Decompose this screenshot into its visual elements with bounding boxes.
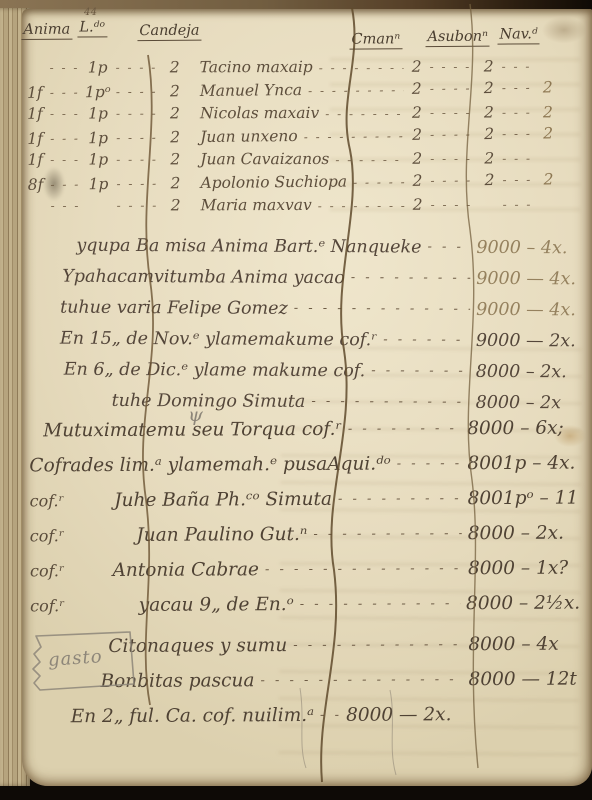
dash-leader: - - - - - - - - - - - - - - - - - - - - … — [348, 421, 461, 437]
limosna-value: 1pᵒ — [80, 82, 116, 100]
dash-leader: - - - - — [502, 59, 536, 73]
asubon-value: 2 — [476, 124, 502, 142]
entry-amount: 9000 — 4x. — [476, 269, 580, 290]
ledger-line: Cofrades lim.ᵃ ylamemah.ᵉ pusaAqui.ᵈᵒ - … — [23, 453, 579, 491]
entry-text: Antonia Cabrae — [64, 559, 259, 581]
ledger-line: cof.ʳ Juan Paulino Gut.ⁿ - - - - - - - -… — [24, 523, 580, 561]
limosna-value: 1p — [80, 58, 116, 76]
register-header-row: Anima L.ᵈᵒ Candeja Cmanⁿ Asubonⁿ Nav.ᵈ — [19, 14, 579, 54]
person-name-cell: Apolonio Suchiopa- - - - - - - - - - — [188, 171, 404, 191]
limosna-value: 1p — [80, 104, 116, 122]
column-header-limosna: L.ᵈᵒ — [77, 19, 107, 37]
dash-leader: - - - - - - - - - - - - - - - - - - - - … — [265, 561, 462, 577]
asubon-value: 2 — [476, 170, 502, 188]
dash-leader: - - - - - - — [116, 60, 162, 74]
entry-text: Juan Paulino Gut.ⁿ — [64, 524, 307, 546]
person-name-cell: Juan Cavaizanos- - - - - - - - - - — [188, 149, 404, 168]
dash-leader: - - - - - - - - - - - - - - - - - - - - … — [294, 301, 470, 317]
ledger-line: Bonbitas pascua - - - - - - - - - - - - … — [24, 669, 580, 707]
entry-amount: 8000 – 6x; — [467, 418, 579, 440]
entry-amount: 9000 — 4x. — [476, 300, 580, 321]
column-header-candela: Candeja — [137, 23, 201, 41]
dash-leader: - - - - - - — [116, 152, 162, 166]
nav-value: 2 — [536, 124, 560, 142]
ledger-line: En 6„ de Dic.ᵉ ylame makume cof. - - - -… — [60, 360, 580, 394]
entry-amount: 8000 – 2x. — [476, 362, 580, 383]
column-header-cman: Cmanⁿ — [349, 31, 402, 49]
person-name-cell: Juan unxeno- - - - - - - - - - — [188, 125, 404, 145]
nav-value: 2 — [536, 78, 560, 96]
dash-leader: - - - - — [50, 60, 80, 74]
cofradia-accounts: Mutuximatemu seu Torqua cof.ʳ - - - - - … — [23, 418, 581, 742]
dash-leader: - - - - — [502, 105, 536, 119]
person-name: Manuel Ynca — [188, 80, 302, 99]
ledger-line: Citonaques y sumu - - - - - - - - - - - … — [24, 634, 580, 672]
dash-leader: - - - - - - — [430, 105, 476, 119]
nav-value: 2 — [536, 170, 560, 188]
anima-value: 1f — [20, 83, 50, 101]
anima-value: 1f — [20, 129, 50, 147]
dash-leader: - - - - - - - - - - — [325, 106, 404, 120]
person-name: Juan unxeno — [188, 127, 298, 146]
candela-value: 2 — [163, 196, 189, 214]
offerings-entries: yqupa Ba misa Anima Bart.ᵉ Nanqueke - - … — [60, 236, 581, 425]
ledger-line: tuhue varia Felipe Gomez - - - - - - - -… — [60, 298, 580, 332]
entry-text: tuhe Domingo Simuta — [60, 391, 306, 412]
dash-leader: - - - - — [502, 172, 536, 186]
table-row: - - - - - - - - - - 2 Maria maxvav- - - … — [21, 192, 581, 216]
entry-text: yqupa Ba misa Anima Bart.ᵉ Nanqueke — [60, 236, 421, 258]
register-rows: - - - - 1p - - - - - - 2 Tacino maxaip- … — [20, 53, 581, 218]
ledger-line: cof.ʳ Antonia Cabrae - - - - - - - - - -… — [24, 558, 580, 596]
candela-value: 2 — [162, 104, 188, 122]
entry-text: yacau 9„ de En.ᵒ — [65, 594, 294, 616]
asubon-value: 2 — [476, 78, 502, 96]
entry-text: Juhe Baña Ph.ᶜᵒ Simuta — [64, 489, 332, 511]
cofrade-prefix: cof.ʳ — [24, 561, 65, 580]
dash-leader: - - - - - - - - - - - - - - - - - - - - … — [351, 270, 471, 286]
candela-value: 2 — [162, 58, 188, 76]
dash-leader: - - - - - - - - - - - - - - - - - - - - … — [313, 526, 461, 542]
entry-text: En 6„ de Dic.ᵉ ylame makume cof. — [60, 360, 366, 382]
dash-leader: - - - - - - - - - - — [304, 128, 405, 143]
entry-amount: 8001p – 4x. — [467, 453, 579, 475]
person-name-cell: Manuel Ynca- - - - - - - - - - — [188, 79, 404, 99]
dash-leader: - - - - — [502, 80, 536, 94]
dash-leader: - - - - - - - - - - — [308, 82, 404, 97]
cman-value: 2 — [404, 125, 430, 143]
entry-amount: 8001pᵒ – 11 — [468, 488, 580, 510]
person-name-cell: Nicolas maxaiv- - - - - - - - - - — [188, 103, 404, 122]
dash-leader: - - - - - - — [430, 59, 476, 73]
column-header-anima: Anima — [21, 22, 72, 40]
person-name-cell: Tacino maxaip- - - - - - - - - - — [188, 57, 404, 76]
dash-leader: - - - - - - - - - - - - - - - - - - - - … — [383, 332, 470, 347]
anima-value: 1f — [20, 104, 50, 122]
ledger-line: yqupa Ba misa Anima Bart.ᵉ Nanqueke - - … — [60, 236, 580, 270]
dash-leader: - - - - - - - - - - — [319, 60, 404, 74]
dash-leader: - - - - - - - - - - - - - - - - - - - - … — [338, 491, 462, 507]
dash-leader: - - - - - - - - - - - - - - - - - - - - … — [427, 240, 470, 255]
limosna-value: 1p — [80, 150, 116, 168]
entry-text: Cofrades lim.ᵃ ylamemah.ᵉ pusaAqui.ᵈᵒ — [29, 454, 390, 477]
candela-value: 2 — [162, 150, 188, 168]
cman-value: 2 — [404, 149, 430, 167]
dash-leader: - - - - - - - - - - — [353, 174, 404, 189]
dash-leader: - - - - — [50, 152, 80, 166]
folio-pencil-note: 44 — [84, 7, 97, 18]
dash-leader: - - - - - - — [430, 151, 476, 165]
cofrade-prefix: cof.ʳ — [24, 491, 65, 510]
anima-value: 1f — [20, 150, 50, 168]
dash-leader: - - - - — [51, 198, 81, 212]
cman-value: 2 — [404, 171, 430, 189]
column-header-asubon: Asubonⁿ — [425, 29, 490, 47]
anima-value: 8f — [20, 175, 50, 193]
limosna-value: 1p — [80, 174, 116, 192]
dash-leader: - - - - - - - - - - - - - - - - - - - - … — [300, 596, 460, 612]
dash-leader: - - - - — [502, 126, 536, 140]
entry-text: Mutuximatemu seu Torqua cof.ʳ — [29, 419, 342, 442]
cman-value: 2 — [404, 103, 430, 121]
dash-leader: - - - - - - — [430, 173, 476, 187]
entry-amount: 9000 – 4x. — [476, 238, 580, 259]
dash-leader: - - - - - - — [430, 81, 476, 95]
dash-leader: - - - - — [503, 197, 537, 211]
asubon-value: 2 — [476, 103, 502, 121]
person-name-cell: Maria maxvav- - - - - - - - - - — [189, 195, 405, 214]
register-table: Anima L.ᵈᵒ Candeja Cmanⁿ Asubonⁿ Nav.ᵈ -… — [19, 14, 580, 218]
person-name: Tacino maxaip — [188, 57, 313, 75]
dash-leader: - - - - - - — [117, 198, 163, 212]
person-name: Nicolas maxaiv — [188, 103, 319, 121]
ledger-line: Ypahacamvitumba Anima yacao - - - - - - … — [60, 267, 580, 301]
entry-text: Ypahacamvitumba Anima yacao — [60, 267, 345, 288]
entry-text: En 2„ ful. Ca. cof. nuilim.ᵃ — [31, 705, 314, 727]
dash-leader: - - - - - - - - - - — [318, 198, 405, 212]
dash-leader: - - - - - - - - - - - - - - - - - - - - … — [371, 363, 470, 379]
entry-amount: 8000 – 2x. — [468, 523, 580, 545]
column-header-nav: Nav.ᵈ — [497, 26, 539, 44]
nav-value: 2 — [536, 103, 560, 121]
asubon-value: 2 — [476, 149, 502, 167]
dash-leader: - - - - - - - - - - - - - - - - - - - - … — [293, 637, 462, 653]
cman-value: 2 — [405, 195, 431, 213]
dash-leader: - - - - - - - - - - — [335, 152, 404, 166]
dash-leader: - - - - — [50, 106, 80, 120]
cofrade-prefix: cof.ʳ — [24, 596, 65, 615]
candela-value: 2 — [162, 128, 188, 146]
limosna-value: 1p — [80, 128, 116, 146]
person-name: Apolonio Suchiopa — [188, 172, 347, 192]
dash-leader: - - - - - - — [430, 127, 476, 141]
asubon-value: 2 — [476, 57, 502, 75]
manuscript-scan: 44 Anima L.ᵈᵒ Candeja Cmanⁿ Asubonⁿ Nav.… — [0, 0, 592, 800]
dash-leader: - - - - - - - - - - - - - - - - - - - - … — [397, 456, 462, 471]
cman-value: 2 — [404, 57, 430, 75]
dash-leader: - - - - — [50, 177, 80, 191]
entry-amount: 8000 – 2x — [476, 393, 580, 414]
entry-amount: 8000 – 4x — [468, 634, 580, 656]
dash-leader: - - - - - - — [116, 84, 162, 98]
ledger-line: cof.ʳ yacau 9„ de En.ᵒ - - - - - - - - -… — [24, 593, 580, 631]
margin-note-gasto: gasto — [47, 646, 103, 671]
dash-leader: - - - - — [50, 131, 80, 145]
cofrade-prefix: cof.ʳ — [24, 526, 65, 545]
dash-leader: - - - - — [502, 151, 536, 165]
candela-value: 2 — [162, 174, 188, 192]
dash-leader: - - - - - - - - - - - - - - - - - - - - … — [311, 394, 469, 410]
dash-leader: - - - - - - — [116, 130, 162, 144]
entry-text: Bonbitas pascua — [30, 670, 254, 692]
person-name: Maria maxvav — [189, 195, 312, 213]
dash-leader: - - - - - - — [116, 176, 162, 190]
dash-leader: - - - - — [431, 197, 477, 211]
ledger-line: cof.ʳ Juhe Baña Ph.ᶜᵒ Simuta - - - - - -… — [24, 488, 580, 526]
dash-leader: - - - - - - - - - - - - - - - - - - - - … — [260, 672, 462, 688]
entry-amount: 8000 – 2½x. — [466, 593, 580, 615]
person-name: Juan Cavaizanos — [188, 149, 329, 167]
entry-amount: 8000 — 12t — [468, 669, 580, 691]
ledger-line: En 2„ ful. Ca. cof. nuilim.ᵃ - - - - - -… — [25, 704, 581, 742]
entry-amount: 8000 — 2x. — [346, 704, 458, 726]
entry-text: tuhue varia Felipe Gomez — [60, 298, 288, 319]
entry-text: En 15„ de Nov.ᵉ ylamemakume cof.ʳ — [60, 329, 377, 351]
entry-amount: 9000 — 2x. — [476, 331, 580, 352]
dash-leader: - - - - - - — [116, 106, 162, 120]
entry-amount: 8000 – 1x? — [468, 558, 580, 580]
ledger-line: Mutuximatemu seu Torqua cof.ʳ - - - - - … — [23, 418, 579, 456]
ledger-line: En 15„ de Nov.ᵉ ylamemakume cof.ʳ - - - … — [60, 329, 580, 363]
cman-value: 2 — [404, 79, 430, 97]
candela-value: 2 — [162, 82, 188, 100]
dash-leader: - - - - - - - - - - - - - - - - - - - - … — [320, 708, 340, 723]
dash-leader: - - - - — [50, 85, 80, 99]
